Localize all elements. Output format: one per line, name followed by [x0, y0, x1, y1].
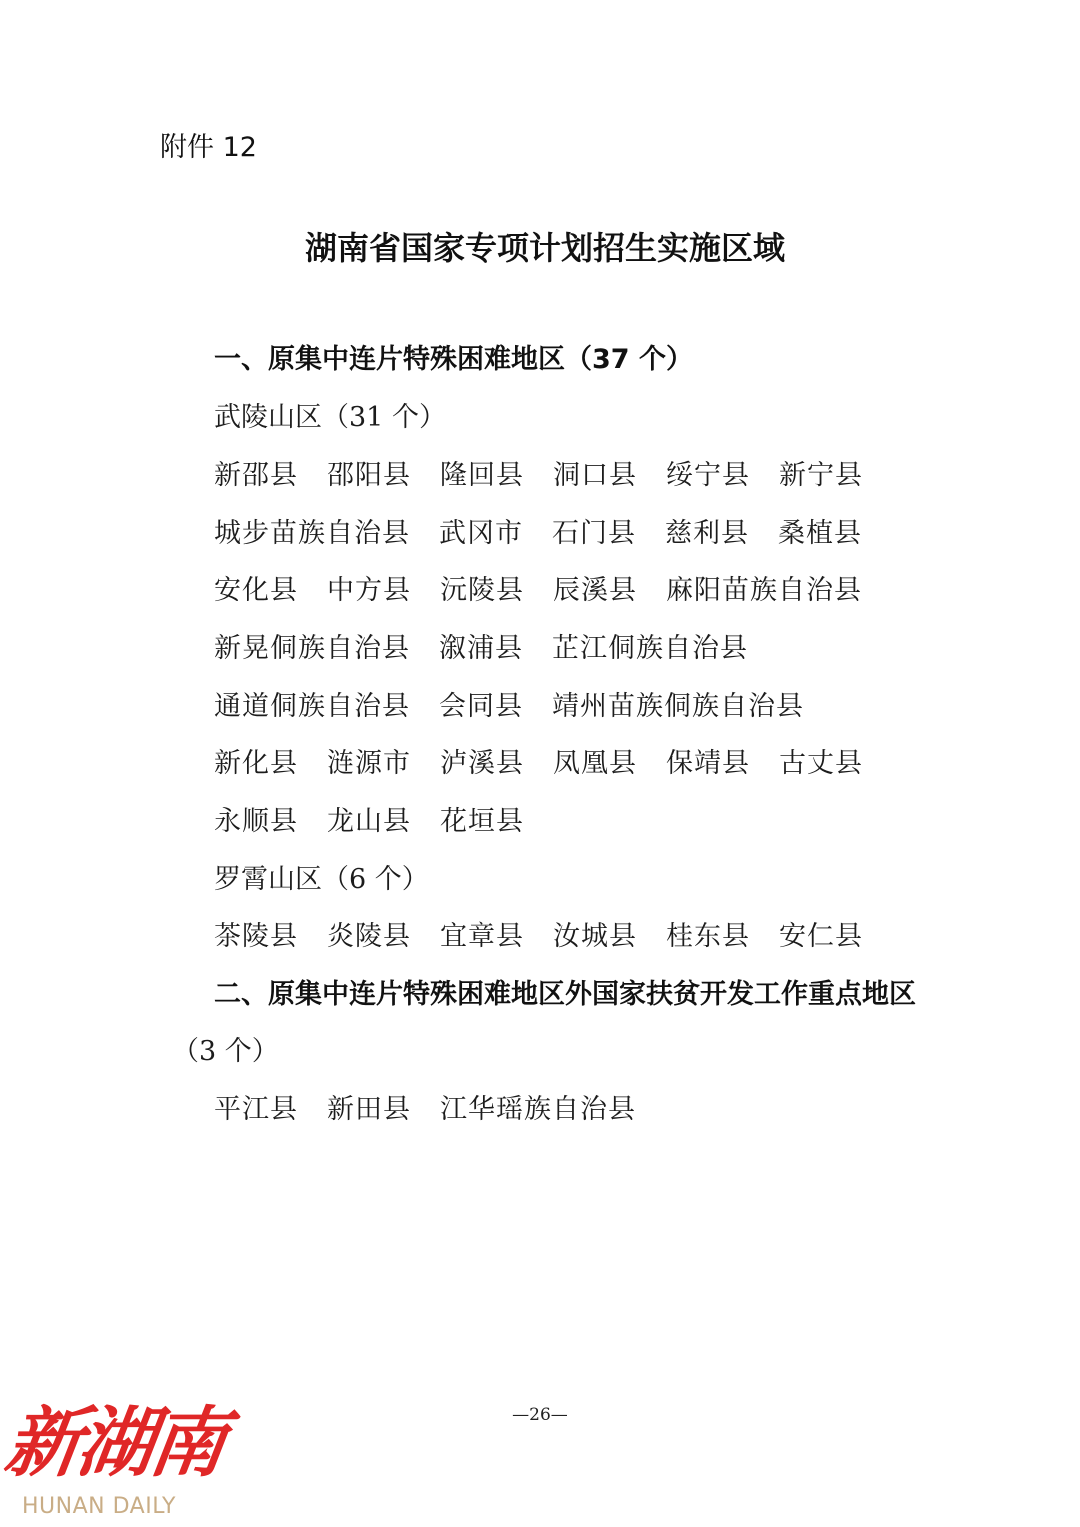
county-item: 通道侗族自治县 — [214, 689, 410, 725]
county-item: 安化县 — [214, 573, 298, 609]
county-row: 永顺县 龙山县 花垣县 — [214, 804, 553, 840]
county-item: 凤凰县 — [553, 746, 637, 782]
county-item: 慈利县 — [665, 516, 749, 552]
county-item: 中方县 — [327, 573, 411, 609]
county-item: 汝城县 — [553, 919, 637, 955]
county-item: 花垣县 — [440, 804, 524, 840]
county-item: 武冈市 — [439, 516, 523, 552]
subregion-wuling-heading: 武陵山区（31 个） — [214, 400, 446, 436]
county-item: 洞口县 — [553, 458, 637, 494]
county-row: 新晃侗族自治县 溆浦县 芷江侗族自治县 — [214, 631, 777, 667]
county-item: 龙山县 — [327, 804, 411, 840]
county-item: 隆回县 — [440, 458, 524, 494]
county-item: 芷江侗族自治县 — [552, 631, 748, 667]
section-1-heading: 一、原集中连片特殊困难地区（37 个） — [214, 342, 693, 378]
county-item: 邵阳县 — [327, 458, 411, 494]
county-item: 新田县 — [327, 1092, 411, 1128]
county-item: 安仁县 — [779, 919, 863, 955]
county-item: 会同县 — [439, 689, 523, 725]
section-2-heading-continued: （3 个） — [172, 1034, 279, 1070]
county-row: 平江县 新田县 江华瑶族自治县 — [214, 1092, 665, 1128]
county-item: 靖州苗族侗族自治县 — [552, 689, 804, 725]
county-item: 溆浦县 — [439, 631, 523, 667]
county-item: 辰溪县 — [553, 573, 637, 609]
county-item: 古丈县 — [779, 746, 863, 782]
document-title: 湖南省国家专项计划招生实施区域 — [0, 226, 1080, 270]
county-item: 绥宁县 — [666, 458, 750, 494]
county-item: 沅陵县 — [440, 573, 524, 609]
county-item: 保靖县 — [666, 746, 750, 782]
county-row: 城步苗族自治县 武冈市 石门县 慈利县 桑植县 — [214, 516, 891, 552]
county-row: 茶陵县 炎陵县 宜章县 汝城县 桂东县 安仁县 — [214, 919, 892, 955]
county-item: 泸溪县 — [440, 746, 524, 782]
county-item: 涟源市 — [327, 746, 411, 782]
county-item: 炎陵县 — [327, 919, 411, 955]
subregion-luoxiao-heading: 罗霄山区（6 个） — [214, 862, 429, 898]
county-row: 新邵县 邵阳县 隆回县 洞口县 绥宁县 新宁县 — [214, 458, 892, 494]
county-item: 新邵县 — [214, 458, 298, 494]
county-row: 安化县 中方县 沅陵县 辰溪县 麻阳苗族自治县 — [214, 573, 891, 609]
county-row: 新化县 涟源市 泸溪县 凤凰县 保靖县 古丈县 — [214, 746, 892, 782]
logo-chinese-text: 新湖南 — [0, 1398, 228, 1488]
hunan-daily-logo: 新湖南 HUNAN DAILY — [6, 1398, 226, 1526]
county-item: 新晃侗族自治县 — [214, 631, 410, 667]
county-item: 麻阳苗族自治县 — [666, 573, 862, 609]
county-item: 平江县 — [214, 1092, 298, 1128]
county-item: 桑植县 — [778, 516, 862, 552]
county-item: 江华瑶族自治县 — [440, 1092, 636, 1128]
county-item: 宜章县 — [440, 919, 524, 955]
logo-english-text: HUNAN DAILY — [22, 1494, 176, 1520]
county-item: 新宁县 — [779, 458, 863, 494]
county-item: 城步苗族自治县 — [214, 516, 410, 552]
county-item: 茶陵县 — [214, 919, 298, 955]
section-2-heading: 二、原集中连片特殊困难地区外国家扶贫开发工作重点地区 — [214, 977, 916, 1013]
county-item: 石门县 — [552, 516, 636, 552]
county-item: 永顺县 — [214, 804, 298, 840]
attachment-label: 附件 12 — [160, 130, 257, 166]
county-row: 通道侗族自治县 会同县 靖州苗族侗族自治县 — [214, 689, 833, 725]
county-item: 新化县 — [214, 746, 298, 782]
county-item: 桂东县 — [666, 919, 750, 955]
